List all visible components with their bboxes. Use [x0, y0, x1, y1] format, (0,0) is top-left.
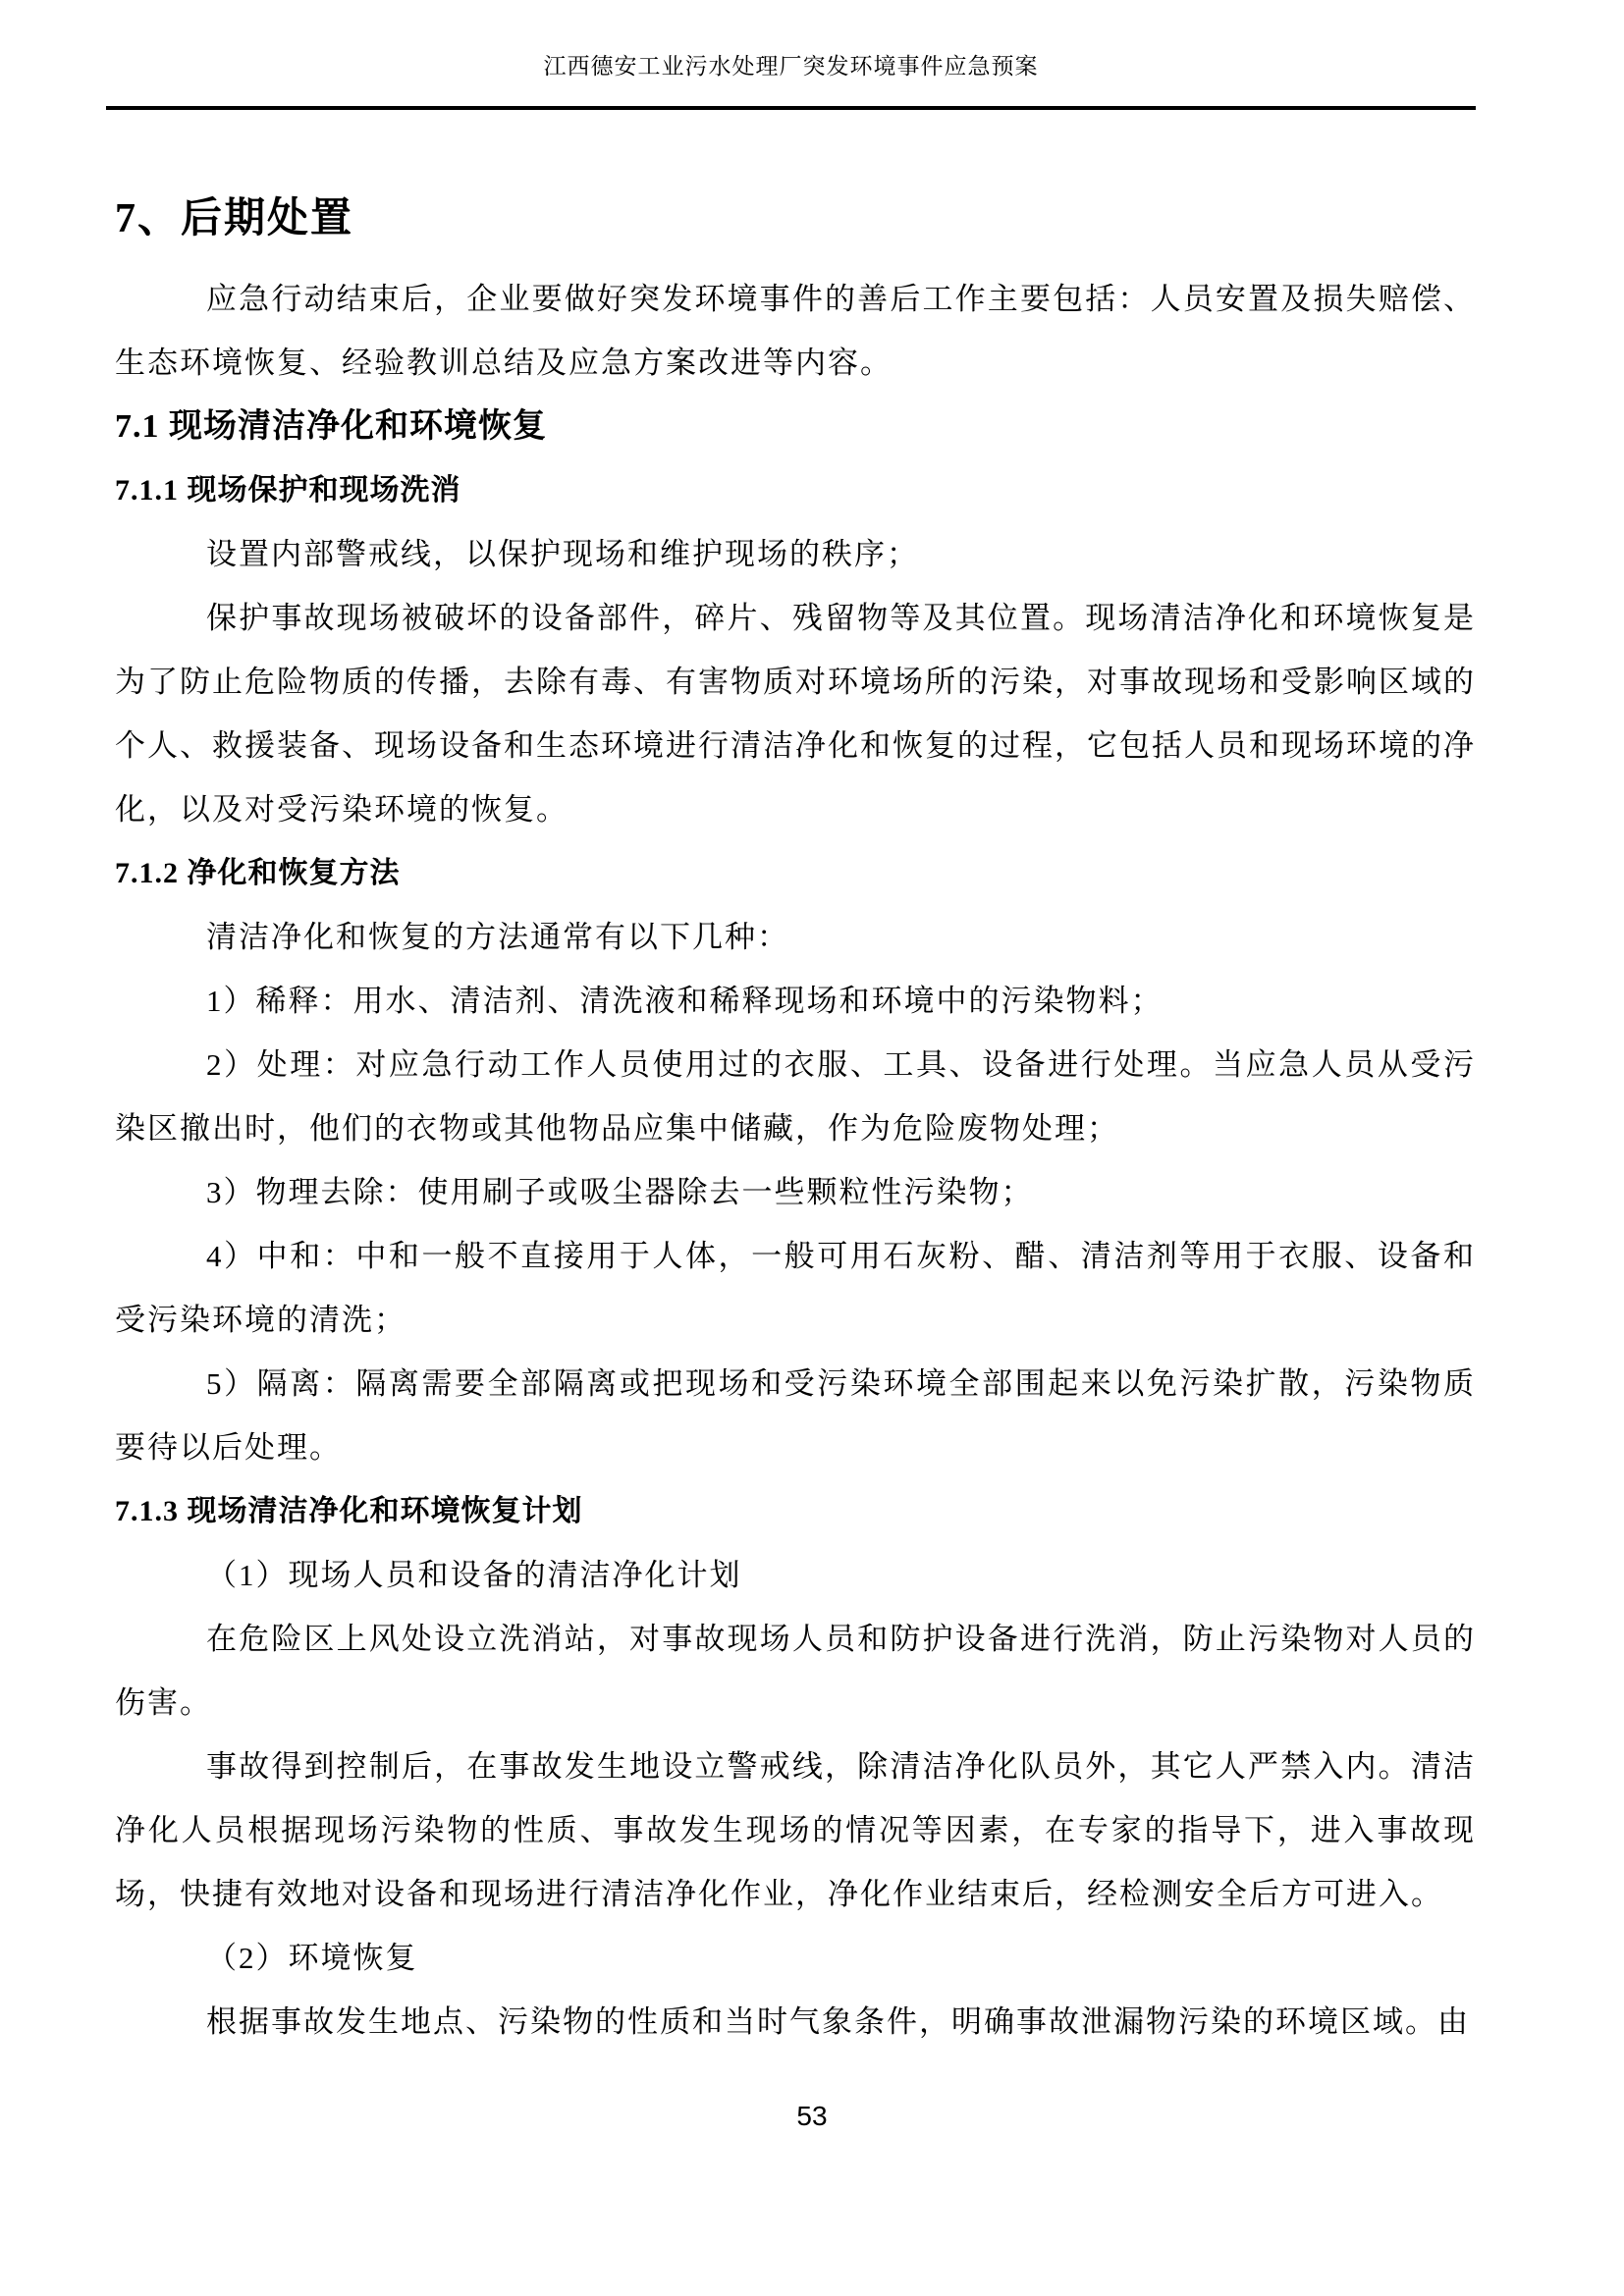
document-page: { "page": { "header": "江西德安工业污水处理厂突发环境事件…	[0, 0, 1624, 2296]
paragraph: 4）中和：中和一般不直接用于人体，一般可用石灰粉、醋、清洁剂等用于衣服、设备和受…	[115, 1224, 1476, 1352]
page-header: 江西德安工业污水处理厂突发环境事件应急预案	[106, 0, 1476, 110]
section-heading: 7.1.3 现场清洁净化和环境恢复计划	[115, 1479, 1476, 1543]
paragraph: 5）隔离：隔离需要全部隔离或把现场和受污染环境全部围起来以免污染扩散，污染物质要…	[115, 1352, 1476, 1479]
paragraph: 在危险区上风处设立洗消站，对事故现场人员和防护设备进行洗消，防止污染物对人员的伤…	[115, 1607, 1476, 1735]
section-heading: 7.1.2 净化和恢复方法	[115, 841, 1476, 905]
page-number: 53	[0, 2101, 1624, 2132]
paragraph: 设置内部警戒线，以保护现场和维护现场的秩序；	[115, 522, 1476, 586]
document-body: 7、后期处置 应急行动结束后，企业要做好突发环境事件的善后工作主要包括：人员安置…	[115, 193, 1476, 2054]
paragraph: 3）物理去除：使用刷子或吸尘器除去一些颗粒性污染物；	[115, 1160, 1476, 1224]
paragraph: 事故得到控制后，在事故发生地设立警戒线，除清洁净化队员外，其它人严禁入内。清洁净…	[115, 1735, 1476, 1926]
paragraph: 2）处理：对应急行动工作人员使用过的衣服、工具、设备进行处理。当应急人员从受污染…	[115, 1033, 1476, 1160]
page-header-text: 江西德安工业污水处理厂突发环境事件应急预案	[544, 54, 1039, 79]
page-title: 7、后期处置	[115, 193, 1476, 244]
section-heading: 7.1 现场清洁净化和环境恢复	[115, 395, 1476, 458]
paragraph: （1）现场人员和设备的清洁净化计划	[115, 1543, 1476, 1607]
paragraph: 根据事故发生地点、污染物的性质和当时气象条件，明确事故泄漏物污染的环境区域。由	[115, 1990, 1476, 2054]
section-heading: 7.1.1 现场保护和现场洗消	[115, 458, 1476, 522]
paragraph: 保护事故现场被破坏的设备部件，碎片、残留物等及其位置。现场清洁净化和环境恢复是为…	[115, 586, 1476, 841]
paragraph: 应急行动结束后，企业要做好突发环境事件的善后工作主要包括：人员安置及损失赔偿、生…	[115, 267, 1476, 395]
paragraph: （2）环境恢复	[115, 1926, 1476, 1990]
paragraph: 清洁净化和恢复的方法通常有以下几种：	[115, 905, 1476, 969]
paragraph: 1）稀释：用水、清洁剂、清洗液和稀释现场和环境中的污染物料；	[115, 969, 1476, 1033]
